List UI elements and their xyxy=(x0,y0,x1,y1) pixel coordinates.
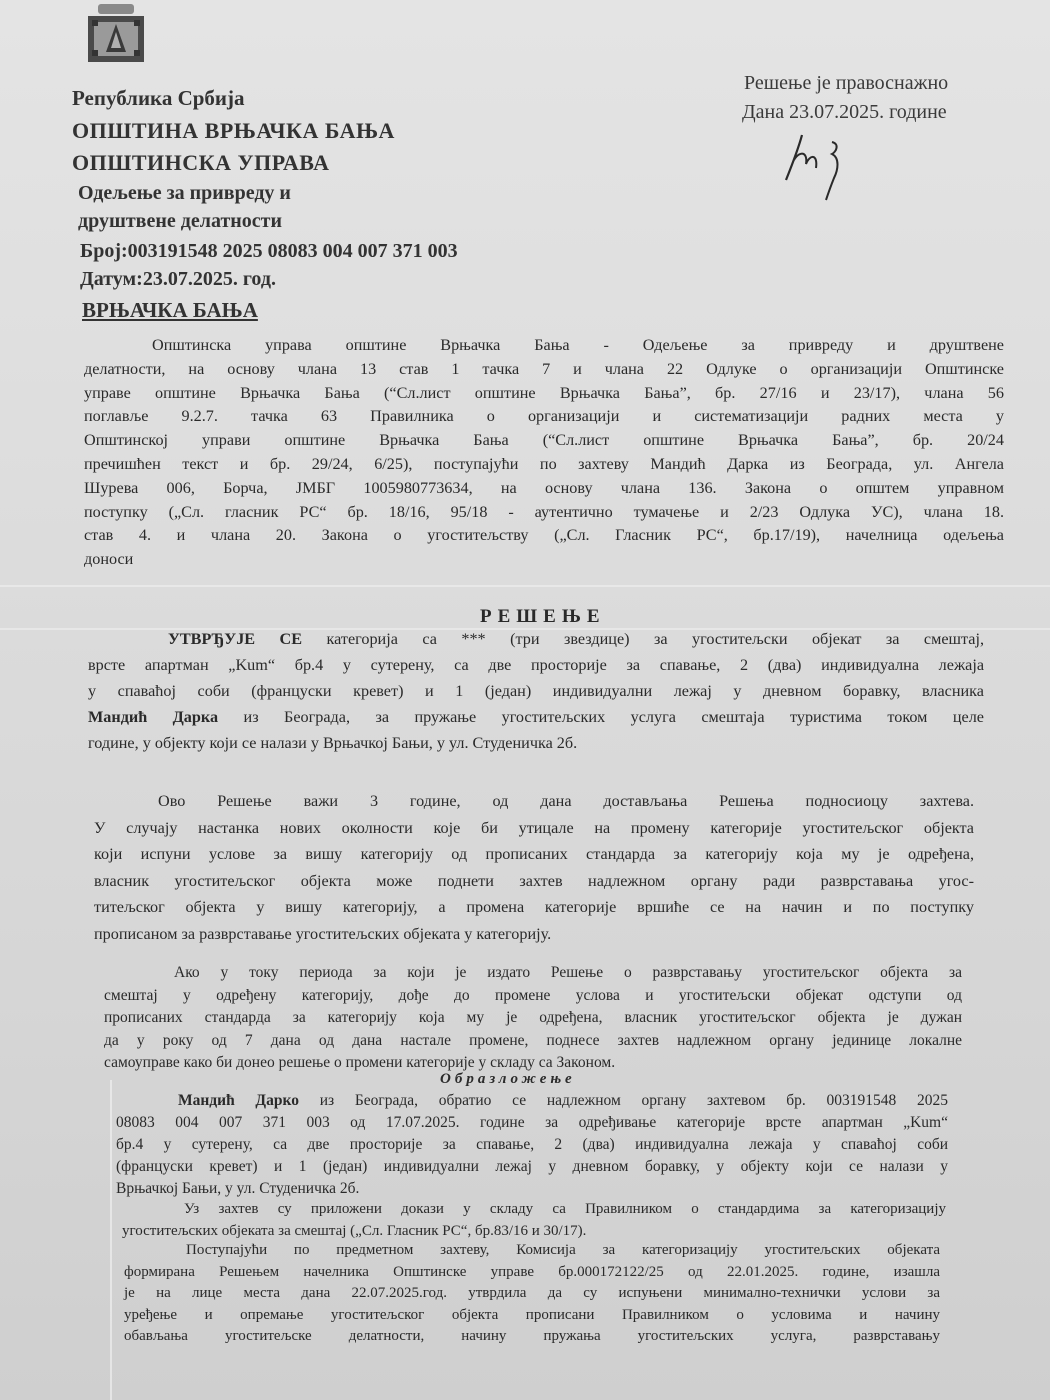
republic-name: Република Србија xyxy=(72,86,245,111)
procedure-line: Поступајући по предметном захтеву, Комис… xyxy=(124,1240,940,1262)
procedure-line: обављања угоститељске делатности, начину… xyxy=(124,1326,940,1348)
finality-stamp-line2: Дана 23.07.2025. године xyxy=(742,101,947,124)
reasoning-line: Врњачкој Бањи, у ул. Студеничка 2б. xyxy=(116,1178,948,1200)
change-line: Ако у току периода за који је издато Реш… xyxy=(104,962,962,985)
validity-line: власник угоститељског објекта може подне… xyxy=(94,868,974,895)
validity-paragraph: Ово Решење важи 3 године, од дана достав… xyxy=(94,788,974,947)
finality-stamp-line1: Решење је правоснажно xyxy=(744,72,948,95)
validity-line: прописаном за разврставање угоститељских… xyxy=(94,921,974,948)
municipality-name: ОПШТИНА ВРЊАЧКА БАЊА xyxy=(72,118,395,144)
change-line: смештај у одређену категорију, дође до п… xyxy=(104,985,962,1008)
decision-line: у спаваћој соби (француски кревет) и 1 (… xyxy=(88,678,984,704)
reasoning-line: Мандић Дарко из Београда, обратио се над… xyxy=(116,1090,948,1112)
coat-of-arms-icon xyxy=(84,4,148,66)
reasoning-title: Образложење xyxy=(440,1071,576,1088)
preamble-line: доноси xyxy=(84,548,1004,572)
decision-text: категорија са *** (три звездице) за угос… xyxy=(326,630,984,648)
paper-crease xyxy=(110,1080,112,1400)
reasoning-text: из Београда, обратио се надлежном органу… xyxy=(320,1092,948,1109)
procedure-line: уређење и опремање угоститељског објекта… xyxy=(124,1305,940,1327)
procedure-paragraph: Поступајући по предметном захтеву, Комис… xyxy=(124,1240,940,1348)
document-number: Број:003191548 2025 08083 004 007 371 00… xyxy=(80,240,458,263)
validity-line: титељског објекта у вишу категорију, а п… xyxy=(94,894,974,921)
preamble-line: поглавље 9.2.7. тачка 63 Правилника о ор… xyxy=(84,405,1004,429)
administration-name: ОПШТИНСКА УПРАВА xyxy=(72,150,329,176)
department-name-line1: Одељење за привреду и xyxy=(78,182,291,205)
proof-line: угоститељских објеката за смештај („Сл. … xyxy=(122,1220,946,1242)
reasoning-line: (француски кревет) и 1 (један) индивидуа… xyxy=(116,1156,948,1178)
reasoning-line: бр.4 у сутерену, са две просторије за сп… xyxy=(116,1134,948,1156)
validity-line: У случају настанка нових околности које … xyxy=(94,815,974,842)
preamble-line: Општинска управа општине Врњачка Бања - … xyxy=(84,334,1004,358)
preamble-line: Шурева 006, Борча, ЈМБГ 1005980773634, н… xyxy=(84,477,1004,501)
procedure-line: формирана Решењем начелника Општинске уп… xyxy=(124,1262,940,1284)
document-place: ВРЊАЧКА БАЊА xyxy=(82,298,258,323)
decision-line: Мандић Дарка из Београда, за пружање уго… xyxy=(88,704,984,730)
procedure-line: је на лице места дана 22.07.2025.год. ут… xyxy=(124,1283,940,1305)
preamble-line: пречишћен текст и бр. 29/24, 6/25), пост… xyxy=(84,453,1004,477)
paper-fold-line xyxy=(0,585,1050,587)
scanned-document-page: Република Србија ОПШТИНА ВРЊАЧКА БАЊА ОП… xyxy=(0,0,1050,1400)
department-name-line2: друштвене делатности xyxy=(78,210,282,233)
preamble-line: поступку („Сл. гласник РС“ бр. 18/16, 95… xyxy=(84,501,1004,525)
decision-lead: УТВРЂУЈЕ СЕ xyxy=(168,630,302,648)
validity-line: који испуни услове за вишу категорију од… xyxy=(94,841,974,868)
decision-text: из Београда, за пружање угоститељских ус… xyxy=(244,708,984,726)
reasoning-line: 08083 004 007 371 003 од 17.07.2025. год… xyxy=(116,1112,948,1134)
preamble-line: став 4. и члана 20. Закона о угоститељст… xyxy=(84,524,1004,548)
signature-icon xyxy=(780,130,860,210)
validity-line: Ово Решење важи 3 године, од дана достав… xyxy=(94,788,974,815)
change-line: да у року од 7 дана од дана настале пром… xyxy=(104,1030,962,1053)
decision-line: године, у објекту који се налази у Врњач… xyxy=(88,730,984,756)
proof-line: Уз захтев су приложени докази у складу с… xyxy=(122,1198,946,1220)
preamble-line: управе општине Врњачка Бања (“Сл.лист оп… xyxy=(84,382,1004,406)
reasoning-paragraph: Мандић Дарко из Београда, обратио се над… xyxy=(116,1090,948,1200)
change-line: прописаних стандарда за категорију која … xyxy=(104,1007,962,1030)
document-date: Датум:23.07.2025. год. xyxy=(80,268,276,291)
decision-line: врсте апартман „Kum“ бр.4 у сутерену, са… xyxy=(88,652,984,678)
owner-name: Мандић Дарка xyxy=(88,708,218,726)
preamble-line: делатности, на основу члана 13 став 1 та… xyxy=(84,358,1004,382)
decision-line: УТВРЂУЈЕ СЕ категорија са *** (три звезд… xyxy=(88,626,984,652)
category-change-paragraph: Ако у току периода за који је издато Реш… xyxy=(104,962,962,1075)
applicant-name: Мандић Дарко xyxy=(178,1092,299,1109)
proof-paragraph: Уз захтев су приложени докази у складу с… xyxy=(122,1198,946,1242)
decision-paragraph: УТВРЂУЈЕ СЕ категорија са *** (три звезд… xyxy=(88,626,984,756)
preamble-line: Општинској управи општине Врњачка Бања (… xyxy=(84,429,1004,453)
decision-title: РЕШЕЊЕ xyxy=(480,606,606,628)
preamble-paragraph: Општинска управа општине Врњачка Бања - … xyxy=(84,334,1004,572)
